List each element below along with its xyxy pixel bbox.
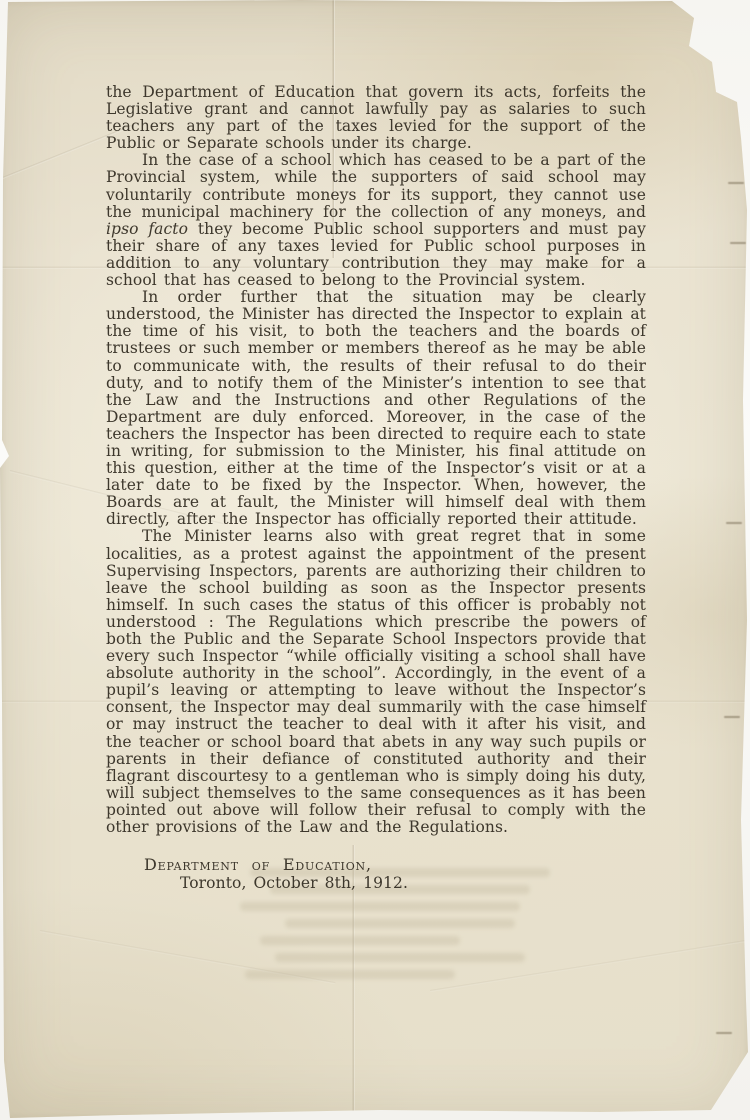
edge-crease-mark bbox=[728, 182, 744, 184]
paper-sheet: the Department of Education that govern … bbox=[0, 0, 750, 1120]
edge-crease-mark bbox=[716, 1032, 732, 1034]
signature-place-date: Toronto, October 8th, 1912. bbox=[180, 875, 646, 892]
paragraph-continuation: the Department of Education that govern … bbox=[106, 84, 646, 152]
edge-crease-mark bbox=[730, 242, 746, 244]
scanned-document-page: { "page": { "colors": { "paper": "#eae3d… bbox=[0, 0, 750, 1120]
signature-block: Department of Education, Toronto, Octobe… bbox=[106, 856, 646, 892]
edge-crease-mark bbox=[726, 522, 742, 524]
latin-phrase-italic: ipso facto bbox=[106, 220, 188, 238]
paragraph-segment: In the case of a school which has ceased… bbox=[106, 151, 646, 220]
body-text: the Department of Education that govern … bbox=[106, 84, 646, 892]
signature-department: Department of Education, bbox=[144, 856, 646, 873]
paragraph: The Minister learns also with great regr… bbox=[106, 528, 646, 836]
edge-crease-mark bbox=[724, 716, 740, 718]
paragraph: In the case of a school which has ceased… bbox=[106, 152, 646, 289]
paragraph: In order further that the situation may … bbox=[106, 289, 646, 528]
